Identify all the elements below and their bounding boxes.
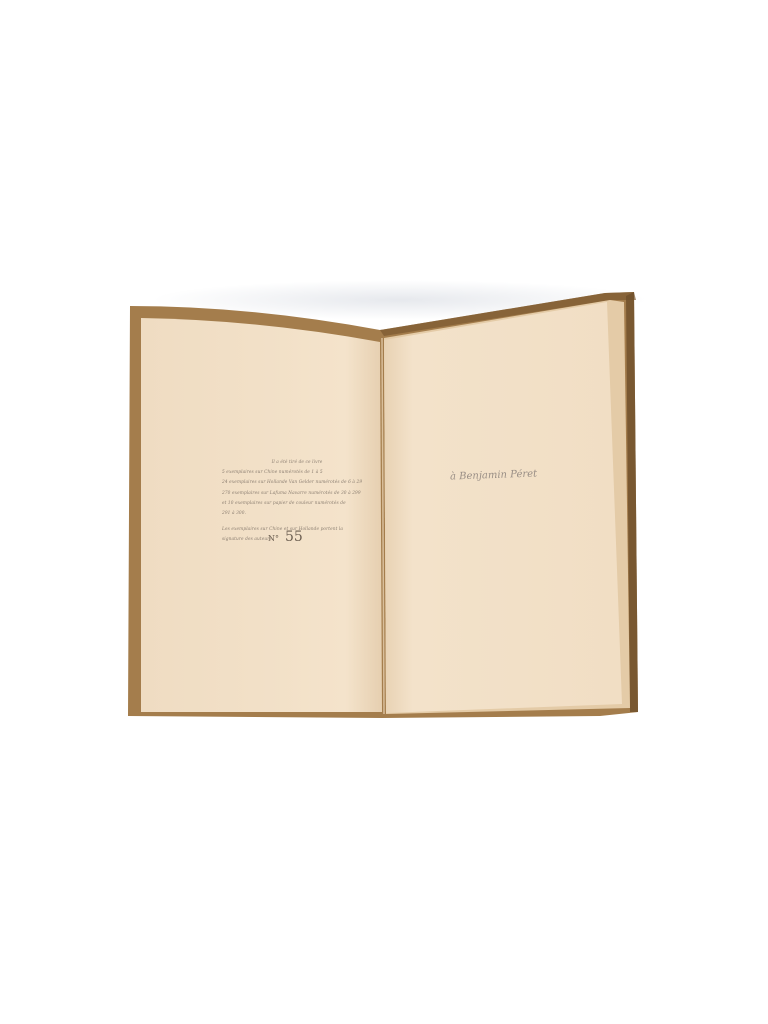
colophon-line: 291 à 300. (222, 509, 372, 519)
photo-scene: Il a été tiré de ce livre 5 exemplaires … (0, 0, 768, 1024)
open-book (0, 0, 768, 1024)
colophon-line: 270 exemplaires sur Lafuma Navarre numér… (222, 489, 372, 499)
copy-number: N°55 (268, 529, 303, 545)
colophon-line: et 10 exemplaires sur papier de couleur … (222, 499, 372, 509)
copy-number-value: 55 (285, 529, 303, 545)
right-page (384, 302, 622, 713)
colophon-title: Il a été tiré de ce livre (222, 458, 372, 468)
colophon-line: 5 exemplaires sur Chine numérotés de 1 à… (222, 468, 372, 478)
colophon-line: 24 exemplaires sur Hollande Van Gelder n… (222, 478, 372, 488)
copy-number-prefix: N° (268, 534, 279, 543)
